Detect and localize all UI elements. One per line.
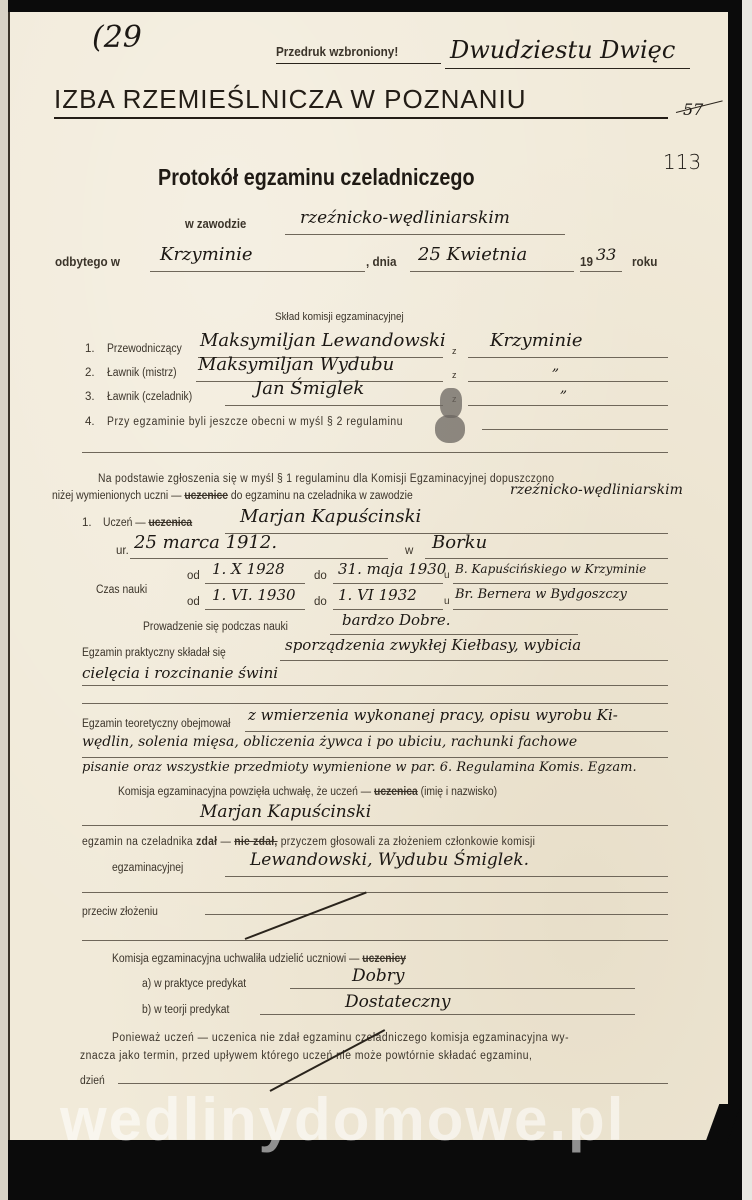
practical-rule-2 bbox=[82, 685, 668, 686]
study-1-from-line bbox=[205, 583, 305, 584]
resolution-text: Komisja egzaminacyjna powzięła uchwałę, … bbox=[118, 786, 497, 798]
trade-label: w zawodzie bbox=[185, 217, 246, 231]
member-1-from-line bbox=[468, 357, 668, 358]
student-num: 1. bbox=[82, 517, 92, 529]
resolution-struck-word: uczenica bbox=[374, 786, 418, 798]
member-3-name-line bbox=[225, 405, 443, 406]
study-1-at-label: u bbox=[444, 570, 450, 581]
study-1-from: 1. X 1928 bbox=[212, 560, 285, 578]
theory-label: Egzamin teoretyczny obejmował bbox=[82, 718, 230, 730]
admission-trade-value: rzeźnicko-wędliniarskim bbox=[510, 482, 683, 498]
year-suffix: roku bbox=[632, 254, 657, 269]
admission-text-2a: niżej wymienionych uczni — bbox=[52, 490, 181, 502]
reprint-underline bbox=[276, 63, 441, 64]
grades-intro-struck: uczenicy bbox=[362, 953, 406, 965]
member-1-num: 1. bbox=[85, 343, 95, 355]
student-label-struck: uczenica bbox=[148, 517, 192, 529]
passed-text: zdał bbox=[196, 836, 217, 848]
ink-blot bbox=[435, 415, 465, 443]
study-1-to-label: do bbox=[314, 570, 327, 582]
member-1-from-label: z bbox=[452, 346, 457, 356]
voters-line-2 bbox=[82, 892, 668, 893]
student-name: Marjan Kapuścinski bbox=[240, 506, 421, 527]
resolution-name-line bbox=[82, 825, 668, 826]
born-place: Borku bbox=[432, 532, 487, 553]
practical-rule-1 bbox=[280, 660, 668, 661]
against-label: przeciw złożeniu bbox=[82, 906, 158, 918]
present-line-2 bbox=[82, 452, 668, 453]
not-passed-struck: nie zdał, bbox=[234, 836, 277, 848]
document-title: Protokół egzaminu czeladniczego bbox=[158, 164, 475, 191]
held-value: Krzyminie bbox=[160, 244, 253, 265]
conduct-line bbox=[330, 634, 578, 635]
member-2-name: Maksymiljan Wydubu bbox=[198, 354, 394, 375]
study-2-at: Br. Bernera w Bydgoszczy bbox=[455, 587, 627, 602]
born-date: 25 marca 1912. bbox=[134, 532, 277, 553]
resolution-name: Marjan Kapuścinski bbox=[200, 802, 371, 822]
study-2-to-label: do bbox=[314, 596, 327, 608]
scan-left-edge bbox=[0, 0, 8, 1200]
member-1-role: Przewodniczący bbox=[107, 343, 182, 355]
theory-rule-2 bbox=[82, 757, 668, 758]
born-date-line bbox=[130, 558, 388, 559]
exam-result-line: egzamin na czeladnika zdał — nie zdał, p… bbox=[82, 836, 535, 848]
admission-text-2: niżej wymienionych uczni — uczenice do e… bbox=[52, 490, 413, 502]
study-1-to-line bbox=[333, 583, 443, 584]
practical-grade-label: a) w praktyce predykat bbox=[142, 978, 246, 990]
member-3-name: Jan Śmiglek bbox=[255, 378, 364, 399]
study-1-to: 31. maja 1930 bbox=[338, 560, 446, 578]
reprint-notice: Przedruk wzbroniony! bbox=[276, 44, 398, 59]
theory-grade-line bbox=[260, 1014, 635, 1015]
theory-grade-value: Dostateczny bbox=[345, 992, 450, 1012]
student-label: Uczeń — uczenica bbox=[103, 517, 192, 529]
institution-name: IZBA RZEMIEŚLNICZA W POZNANIU bbox=[54, 84, 527, 115]
exam-label: egzamin na czeladnika bbox=[82, 836, 193, 848]
member-2-from: „ bbox=[552, 358, 559, 374]
member-1-from: Krzyminie bbox=[490, 330, 583, 351]
theory-grade-label: b) w teorji predykat bbox=[142, 1004, 229, 1016]
date-label: , dnia bbox=[366, 254, 397, 269]
commission-heading: Skład komisji egzaminacyjnej bbox=[275, 311, 404, 323]
member-2-role: Ławnik (mistrz) bbox=[107, 367, 177, 379]
held-line bbox=[150, 271, 365, 272]
year-line bbox=[580, 271, 622, 272]
handwritten-fee: Dwudziestu Dwięc bbox=[450, 36, 675, 64]
study-1-at: B. Kapuścińskiego w Krzyminie bbox=[455, 562, 646, 576]
ink-blot bbox=[440, 388, 462, 418]
practical-label: Egzamin praktyczny składał się bbox=[82, 647, 226, 659]
watermark: wedlinydomowe.pl bbox=[60, 1085, 625, 1154]
present-line bbox=[482, 429, 668, 430]
failure-line-2: znacza jako termin, przed upływem któreg… bbox=[80, 1050, 532, 1062]
study-1-at-line bbox=[453, 583, 668, 584]
margin-number-left: (29 bbox=[92, 20, 142, 55]
fee-underline bbox=[445, 68, 690, 69]
failure-line-1: Ponieważ uczeń — uczenica nie zdał egzam… bbox=[112, 1032, 569, 1044]
theory-line-1: z wmierzenia wykonanej pracy, opisu wyro… bbox=[248, 706, 618, 724]
member-1-name: Maksymiljan Lewandowski bbox=[200, 330, 446, 351]
voters-line bbox=[225, 876, 668, 877]
member-3-from-line bbox=[468, 405, 668, 406]
study-label: Czas nauki bbox=[96, 584, 147, 596]
study-2-from: 1. VI. 1930 bbox=[212, 586, 296, 604]
member-3-num: 3. bbox=[85, 391, 95, 403]
conduct-value: bardzo Dobre. bbox=[342, 611, 451, 629]
torn-corner bbox=[705, 1104, 742, 1144]
resolution-text-b: (imię i nazwisko) bbox=[421, 786, 498, 798]
trade-value: rzeźnicko-wędliniarskim bbox=[300, 208, 510, 228]
against-line-2 bbox=[82, 940, 668, 941]
born-place-line bbox=[425, 558, 668, 559]
study-2-to: 1. VI 1932 bbox=[338, 586, 417, 604]
conduct-label: Prowadzenie się podczas nauki bbox=[143, 621, 288, 633]
trade-line bbox=[285, 234, 565, 235]
study-2-from-label: od bbox=[187, 596, 200, 608]
study-1-from-label: od bbox=[187, 570, 200, 582]
voters-value: Lewandowski, Wydubu Śmiglek. bbox=[250, 850, 529, 870]
study-2-to-line bbox=[333, 609, 443, 610]
member-3-role: Ławnik (czeladnik) bbox=[107, 391, 192, 403]
admission-text-2b: do egzaminu na czeladnika w zawodzie bbox=[231, 490, 413, 502]
day-line bbox=[118, 1083, 668, 1084]
held-label: odbytego w bbox=[55, 254, 120, 269]
admission-struck-word: uczenice bbox=[184, 490, 228, 502]
institution-underline bbox=[54, 117, 668, 119]
theory-line-3: pisanie oraz wszystkie przedmioty wymien… bbox=[82, 760, 637, 775]
practical-grade-value: Dobry bbox=[352, 966, 404, 986]
commission-label: egzaminacyjnej bbox=[112, 862, 183, 874]
grades-intro: Komisja egzaminacyjna uchwaliła udzielić… bbox=[112, 953, 406, 965]
present-label: Przy egzaminie byli jeszcze obecni w myś… bbox=[107, 416, 403, 428]
study-2-at-line bbox=[453, 609, 668, 610]
born-label: ur. bbox=[116, 545, 129, 557]
theory-rule-1 bbox=[245, 731, 668, 732]
admission-text-1: Na podstawie zgłoszenia się w myśl § 1 r… bbox=[98, 473, 554, 485]
grades-intro-a: Komisja egzaminacyjna uchwaliła udzielić… bbox=[112, 953, 359, 965]
votes-text: przyczem głosowali za złożeniem członkow… bbox=[281, 836, 536, 848]
scan-right-edge bbox=[742, 0, 752, 1200]
result-dash: — bbox=[220, 836, 231, 848]
study-2-at-label: u bbox=[444, 596, 450, 607]
margin-number-right: 113 bbox=[663, 150, 701, 174]
practical-rule-3 bbox=[82, 703, 668, 704]
member-2-from-line bbox=[468, 381, 668, 382]
date-value: 25 Kwietnia bbox=[418, 244, 527, 265]
member-2-num: 2. bbox=[85, 367, 95, 379]
year-value: 33 bbox=[596, 245, 616, 264]
year-prefix: 19 bbox=[580, 254, 593, 269]
theory-line-2: wędlin, solenia mięsa, obliczenia żywca … bbox=[82, 734, 577, 750]
date-line bbox=[410, 271, 574, 272]
resolution-text-a: Komisja egzaminacyjna powzięła uchwałę, … bbox=[118, 786, 371, 798]
student-label-a: Uczeń — bbox=[103, 517, 146, 529]
born-place-label: w bbox=[405, 545, 413, 557]
practical-grade-line bbox=[290, 988, 635, 989]
practical-line-1: sporządzenia zwykłej Kiełbasy, wybicia bbox=[285, 636, 581, 654]
member-3-from: „ bbox=[560, 380, 567, 396]
practical-line-2: cielęcia i rozcinanie świni bbox=[82, 664, 278, 682]
present-num: 4. bbox=[85, 416, 95, 428]
member-2-from-label: z bbox=[452, 370, 457, 380]
against-line bbox=[205, 914, 668, 915]
study-2-from-line bbox=[205, 609, 305, 610]
